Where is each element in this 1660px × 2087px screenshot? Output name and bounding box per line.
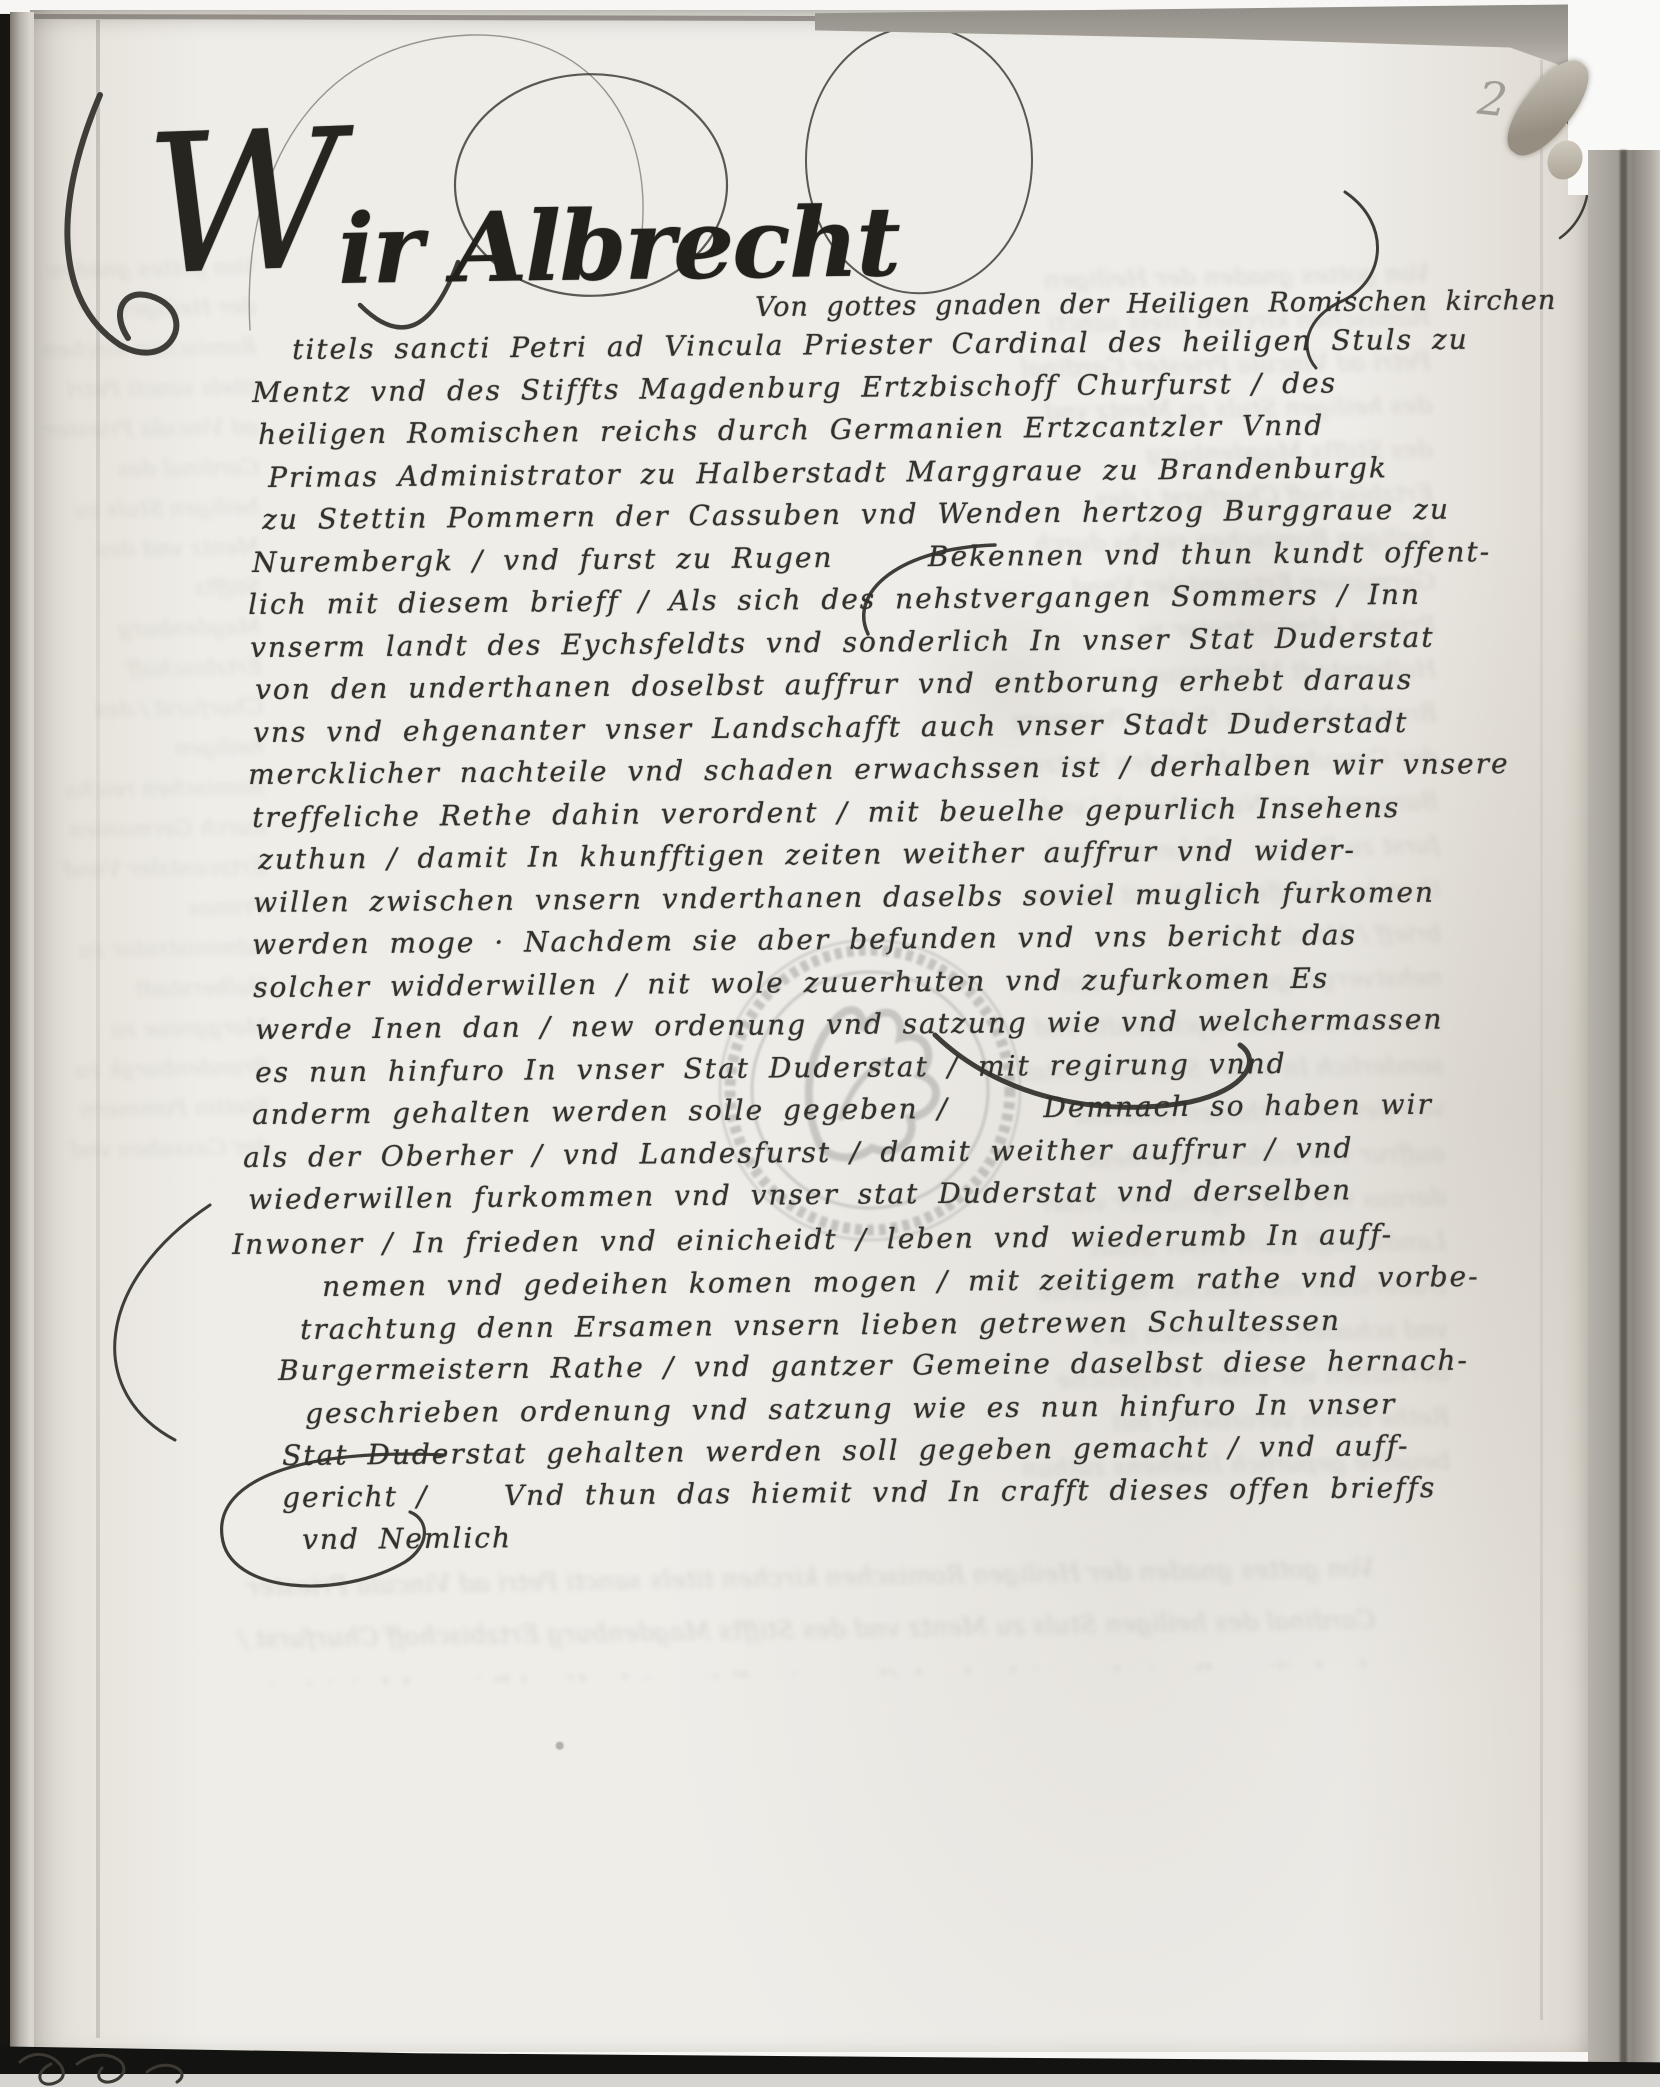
heading-text: ir Albrecht [337, 194, 899, 298]
book-pages-right-edge-shadow [1620, 150, 1627, 2087]
binding-spine-edge [10, 12, 34, 2074]
binding-gutter-shadow [0, 14, 10, 2072]
manuscript-line: vnd Nemlich [302, 1521, 512, 1556]
heading-initial-letter: W [143, 105, 347, 304]
bleedthrough-text-left: Von gottes gnaden der Heiligen Romischen… [40, 248, 271, 1182]
scan-background-bottom [0, 2074, 1660, 2087]
bleedthrough-text-bottom: Von gottes gnaden der Heiligen Romischen… [224, 1542, 1376, 1687]
manuscript-scan: Von gottes gnaden der Heiligen Romischen… [0, 0, 1660, 2087]
page-crease-right [1540, 60, 1543, 2020]
folio-number: 2 [1475, 71, 1510, 128]
